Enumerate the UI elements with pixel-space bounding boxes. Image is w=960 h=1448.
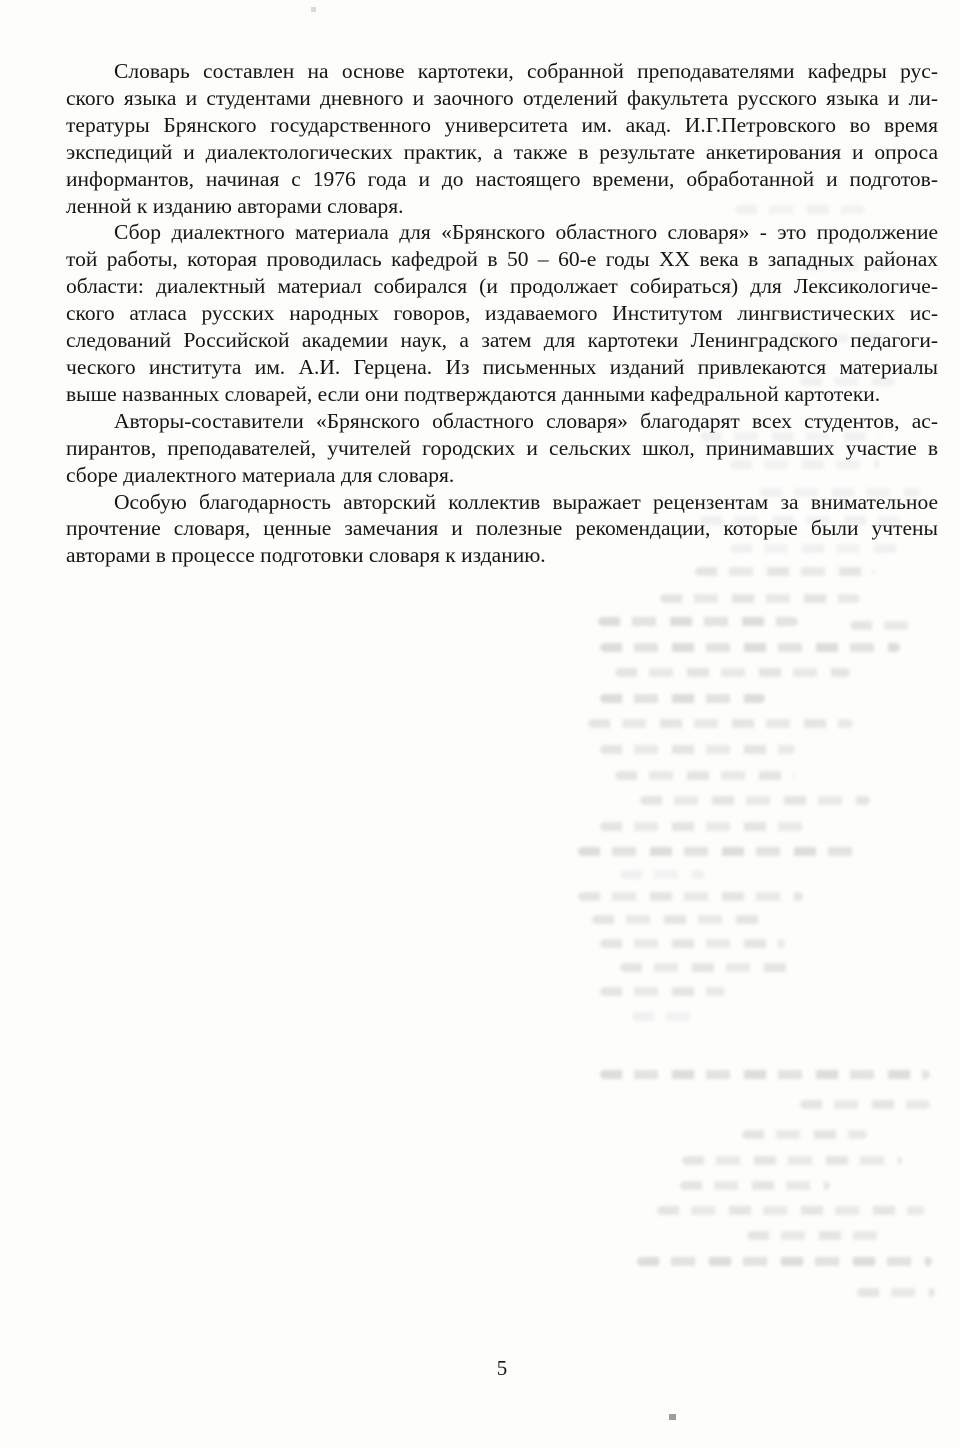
text-line: авторами в процессе подготовки словаря к… [66,542,938,569]
text-line: следований Российской академии наук, а з… [66,327,938,354]
bleedthrough-line [747,1231,882,1240]
paragraph-2: Сбор диалектного материала для «Брянског… [66,219,938,407]
bleedthrough-line [588,719,853,728]
bleedthrough-line [800,1100,930,1109]
bleedthrough-line [600,987,725,996]
text-line: информантов, начиная с 1976 года и до на… [66,166,938,193]
bleedthrough-line [620,870,705,879]
paragraph-1: Словарь составлен на основе картотеки, с… [66,58,938,219]
text-line: экспедиций и диалектологических практик,… [66,139,938,166]
bleedthrough-line [632,1012,702,1021]
text-line: Сбор диалектного материала для «Брянског… [66,219,938,246]
bleedthrough-line [600,1070,930,1079]
text-line: тературы Брянского государственного унив… [66,112,938,139]
bleedthrough-line [592,915,762,924]
scan-speck [311,7,316,12]
text-line: выше названных словарей, если они подтве… [66,381,938,408]
text-line: Словарь составлен на основе картотеки, с… [66,58,938,85]
bleedthrough-line [600,643,900,652]
bleedthrough-line [600,822,805,831]
paragraph-3: Авторы-составители «Брянского областного… [66,408,938,489]
bleedthrough-line [600,745,795,754]
bleedthrough-line [682,1156,902,1165]
bleedthrough-line [857,1288,935,1297]
bleedthrough-line [600,694,765,703]
bleedthrough-line [620,963,790,972]
text-line: ского атласа русских народных говоров, и… [66,300,938,327]
text-line: ского языка и студентами дневного и заоч… [66,85,938,112]
text-line: ленной к изданию авторами словаря. [66,193,938,220]
text-line: Особую благодарность авторский коллектив… [66,489,938,516]
text-line: Авторы-составители «Брянского областного… [66,408,938,435]
text-line: ческого института им. А.И. Герцена. Из п… [66,354,938,381]
bleedthrough-line [578,847,858,856]
text-line: той работы, которая проводилась кафедрой… [66,246,938,273]
bleedthrough-line [598,617,798,626]
bleedthrough-line [680,1181,830,1190]
preface-text: Словарь составлен на основе картотеки, с… [66,58,938,569]
paragraph-4: Особую благодарность авторский коллектив… [66,489,938,570]
bleedthrough-line [660,594,860,603]
bleedthrough-line [578,892,803,901]
page-number: 5 [66,1356,938,1381]
scan-speck [669,1414,676,1420]
bleedthrough-line [600,939,785,948]
text-line: пирантов, преподавателей, учителей город… [66,435,938,462]
scanned-document-page: Словарь составлен на основе картотеки, с… [0,0,960,1448]
bleedthrough-line [850,621,910,630]
bleedthrough-line [615,668,850,677]
text-line: сборе диалектного материала для словаря. [66,462,938,489]
text-line: прочтение словаря, ценные замечания и по… [66,515,938,542]
bleedthrough-line [742,1130,867,1139]
bleedthrough-line [657,1206,925,1215]
bleedthrough-line [640,796,870,805]
text-line: области: диалектный материал собирался (… [66,273,938,300]
bleedthrough-line [637,1257,932,1266]
bleedthrough-line [615,771,795,780]
